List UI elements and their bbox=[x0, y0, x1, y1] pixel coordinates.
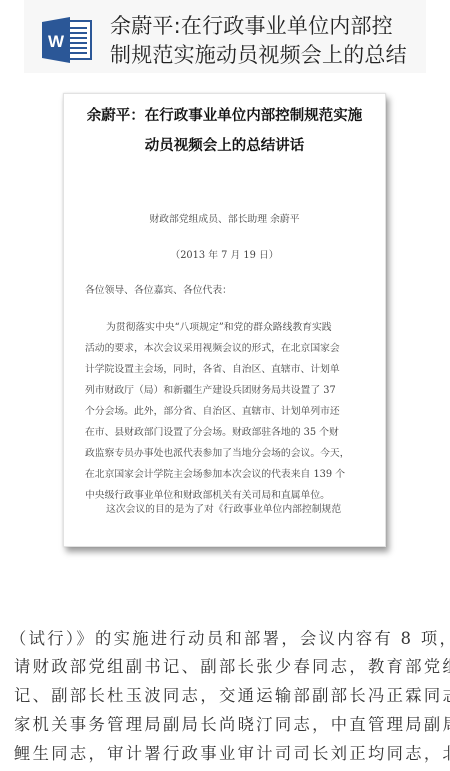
svg-text:W: W bbox=[48, 32, 65, 51]
paragraph-line: 在市、县财政部门设置了分会场。财政部驻各地的 35 个财 bbox=[85, 424, 339, 438]
continuation-line: 鲤生同志，审计署行政事业审计司司长刘正均同志，北京市 bbox=[14, 740, 439, 764]
continuation-line: 请财政部党组副书记、副部长张少春同志，教育部党组副书 bbox=[14, 653, 439, 677]
document-date: （2013 年 7 月 19 日） bbox=[64, 247, 385, 261]
document-salutation: 各位领导、各位嘉宾、各位代表： bbox=[85, 282, 232, 296]
paragraph-line: 政监察专员办事处也派代表参加了当地分会场的会议。今天， bbox=[85, 445, 350, 459]
paragraph-line: 活动的要求，本次会议采用视频会议的形式，在北京国家会 bbox=[85, 340, 340, 354]
header-title-line-2: 制规范实施动员视频会上的总结 bbox=[110, 41, 410, 70]
paragraph-line: 计学院设置主会场，同时，各省、自治区、直辖市、计划单 bbox=[85, 361, 340, 375]
continuation-line: 家机关事务管理局副局长尚晓汀同志，中直管理局副局长刘 bbox=[14, 711, 439, 735]
document-title-line-2: 动员视频会上的总结讲话 bbox=[64, 134, 385, 155]
header-title-line-1: 余蔚平:在行政事业单位内部控 bbox=[110, 12, 410, 41]
paragraph-line: 为贯彻落实中央“八项规定”和党的群众路线教育实践 bbox=[106, 319, 332, 333]
paragraph-2-start: 这次会议的目的是为了对《行政事业单位内部控制规范 bbox=[106, 501, 341, 515]
paragraph-line: 列市财政厅（局）和新疆生产建设兵团财务局共设置了 37 bbox=[85, 382, 336, 396]
continuation-line: 记、副部长杜玉波同志，交通运输部副部长冯正霖同志，国 bbox=[14, 682, 439, 706]
paragraph-line: 个分会场。此外，部分省、自治区、直辖市、计划单列市还 bbox=[85, 403, 340, 417]
paragraph-line: 在北京国家会计学院主会场参加本次会议的代表来自 139 个 bbox=[85, 466, 345, 480]
paragraph-line: 中央级行政事业单位和财政部机关有关司局和直属单位。 bbox=[85, 487, 330, 501]
header-title: 余蔚平:在行政事业单位内部控 制规范实施动员视频会上的总结 bbox=[110, 12, 410, 70]
document-page-preview[interactable]: 余蔚平：在行政事业单位内部控制规范实施 动员视频会上的总结讲话 财政部党组成员、… bbox=[63, 93, 386, 547]
document-author: 财政部党组成员、部长助理 余蔚平 bbox=[64, 211, 385, 225]
continuation-line: （试行）》的实施进行动员和部署，会议内容有 8 项，分别 bbox=[10, 625, 435, 649]
document-title-line-1: 余蔚平：在行政事业单位内部控制规范实施 bbox=[64, 104, 385, 125]
word-document-icon: W bbox=[42, 17, 92, 63]
